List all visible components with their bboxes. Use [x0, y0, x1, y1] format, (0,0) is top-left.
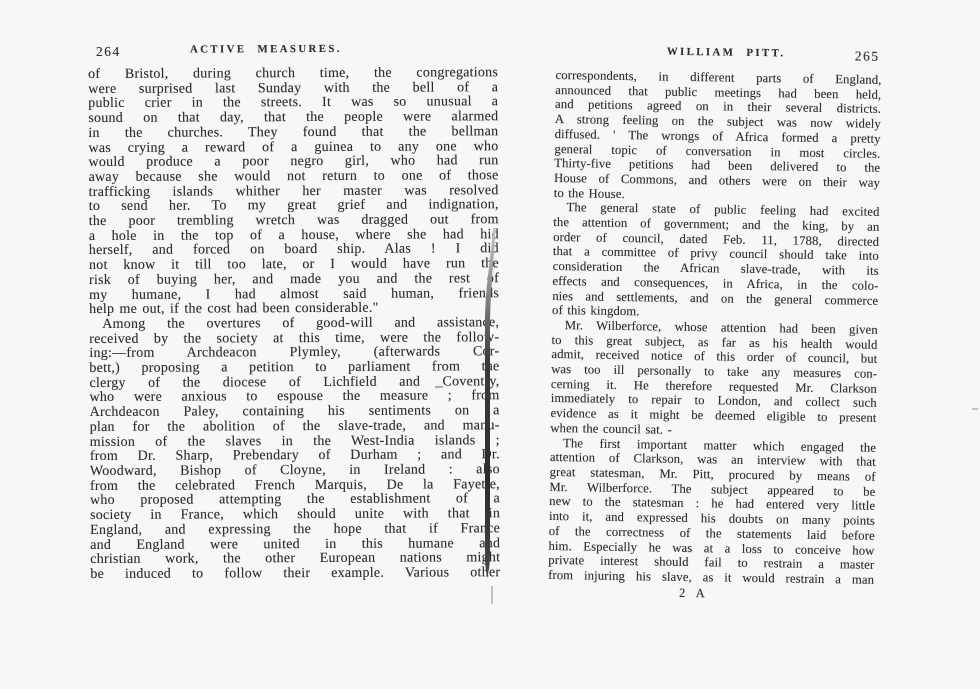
- right-running-head: WILLIAM PITT.: [667, 46, 786, 60]
- left-page-text: of Bristol, during church time, the cong…: [88, 66, 500, 582]
- left-running-head: ACTIVE MEASURES.: [190, 43, 342, 56]
- paragraph: The general state of public feeling had …: [552, 200, 880, 322]
- left-page-number: 264: [96, 44, 121, 60]
- paragraph: The first important matter which engaged…: [548, 436, 876, 588]
- left-page: 264 ACTIVE MEASURES. of Bristol, during …: [88, 42, 500, 582]
- right-running-header: WILLIAM PITT. 265: [556, 44, 882, 49]
- left-running-header: 264 ACTIVE MEASURES.: [88, 42, 498, 44]
- text-line: be induced to follow their example. Vari…: [90, 566, 500, 582]
- right-page-number: 265: [855, 48, 880, 64]
- right-page: WILLIAM PITT. 265 correspondents, in dif…: [548, 44, 882, 603]
- scan-artifact-dash: [972, 408, 978, 410]
- right-page-text: correspondents, in different parts of En…: [548, 68, 882, 587]
- paragraph: of Bristol, during church time, the cong…: [88, 66, 499, 318]
- binding-shadow: [474, 226, 502, 608]
- paragraph: Mr. Wilberforce, whose attention had bee…: [550, 318, 878, 440]
- book-scan-spread: 264 ACTIVE MEASURES. of Bristol, during …: [0, 0, 980, 689]
- paragraph: Among the overtures of good-will and ass…: [89, 316, 500, 582]
- scan-artifact-tick: [491, 586, 493, 604]
- paragraph: correspondents, in different parts of En…: [554, 68, 882, 205]
